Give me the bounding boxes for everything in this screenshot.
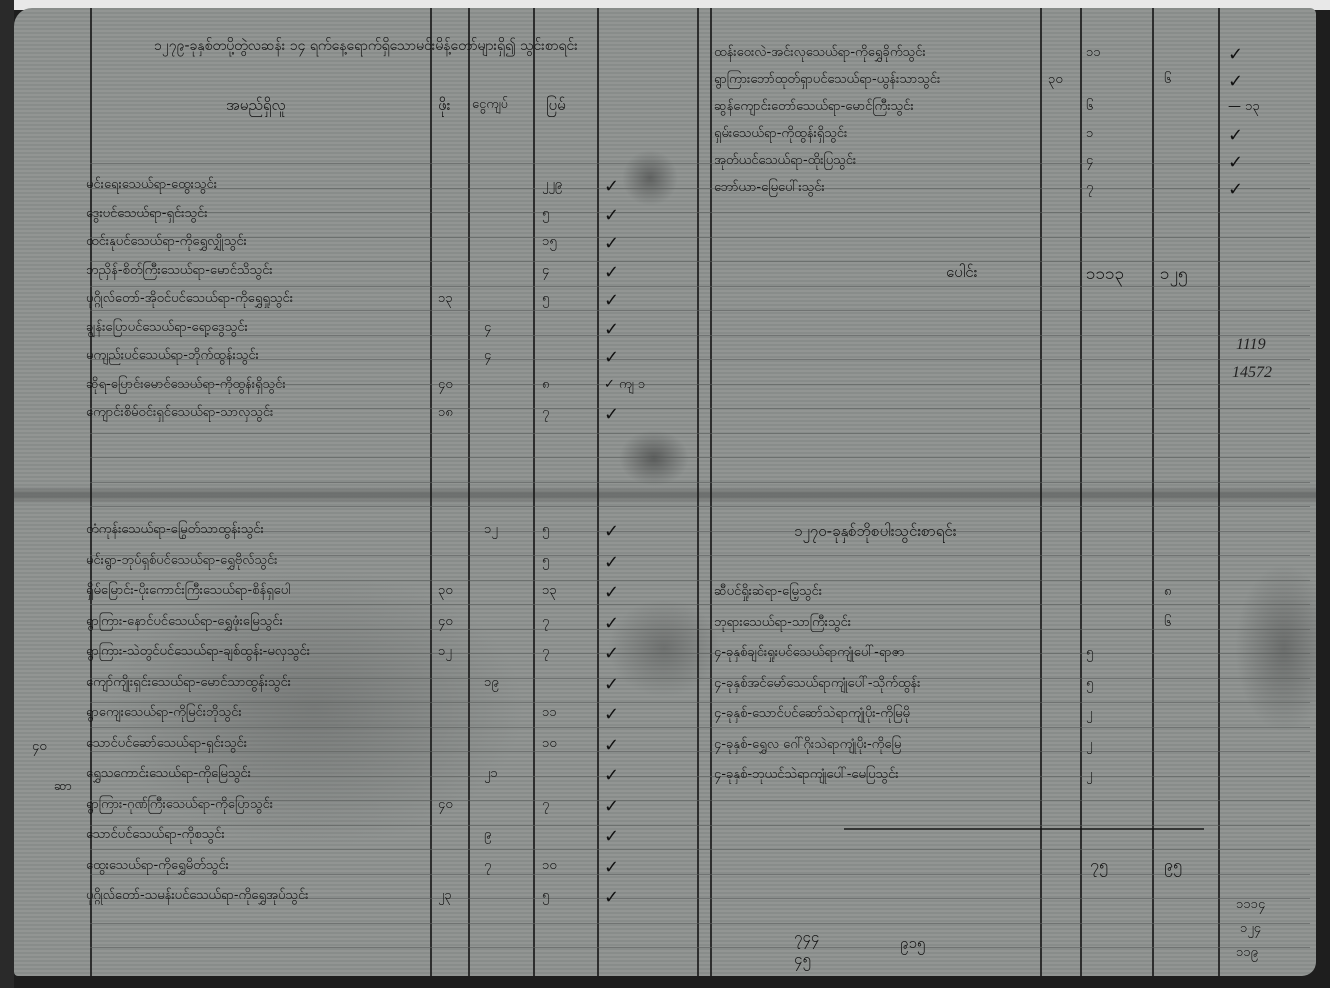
- ledger-entry-name: သောင်ပင်ဆော်သေယ်ရာ-ရှင်းသွင်း: [86, 735, 247, 754]
- ledger-entry-col3: ၅: [542, 290, 549, 309]
- ruled-line: [90, 335, 1310, 336]
- ledger-entry-name: ဘညှိန်-စိတ်ကြီးသေယ်ရာ-မောင်သိသွင်း: [86, 262, 273, 281]
- ledger-entry-name: သောင်ပင်သေယ်ရာ-ကိုစသွင်း: [86, 826, 225, 845]
- rule-center-a: [697, 8, 699, 976]
- corner-tally: ၁၁၉: [1236, 944, 1258, 963]
- ledger-entry-name: ထင်းနုပင်သေယ်ရာ-ကိုရွှေလျှိုသွင်း: [86, 233, 247, 252]
- ledger-entry-col3: ၅: [542, 521, 549, 540]
- ledger-entry-col1: ၁၂: [438, 643, 452, 662]
- ledger-entry-name: ဆွန်ကျောင်းတော်သေယ်ရာ-မောင်ကြီးသွင်း: [714, 98, 914, 117]
- ledger-entry-col3: ၁၅: [542, 233, 557, 252]
- ledger-entry-name: ဆိုရ-ပြောင်းမောင်သေယ်ရာ-ကိုထွန်းရှိသွင်း: [86, 376, 286, 395]
- column-header-2: ငွေကျပ်: [472, 96, 508, 115]
- tick-mark-icon: ✓: [604, 796, 619, 817]
- ledger-entry-col2: ၅: [1086, 644, 1093, 663]
- tick-mark-icon: ✓: [1228, 44, 1243, 65]
- ledger-entry-name: ရွာကြား-ဂုဏ်ကြီးသေယ်ရာ-ကိုပြောသွင်း: [86, 796, 273, 815]
- rule-left-col3: [533, 8, 535, 976]
- rule-right-col1: [1040, 8, 1042, 976]
- ruled-line: [90, 702, 1310, 703]
- right-total-value: ၁၂၅: [1160, 263, 1187, 288]
- column-header-name: အမည်ရှိလူ: [226, 96, 286, 118]
- ruled-line: [90, 359, 1310, 360]
- margin-number: 14572: [1232, 364, 1272, 382]
- tick-mark-icon: ✓: [604, 404, 619, 425]
- ledger-entry-col3: ၅: [542, 552, 549, 571]
- tick-mark-icon: ✓: [604, 582, 619, 603]
- ledger-entry-name: ဆီပင်ရှိုးဆဲရာ-မြေ့သွင်း: [714, 583, 822, 602]
- ledger-entry-name: ဘုရားသေယ်ရာ-သာကြီးသွင်း: [714, 614, 851, 633]
- ledger-entry-name: ဒွေးပင်သေယ်ရာ-ရှင်းသွင်း: [86, 205, 208, 224]
- ledger-entry-col3: ၂၂၉: [542, 176, 562, 195]
- corner-tally: ၁၁၁၄: [1236, 896, 1265, 915]
- ledger-entry-col2: ၁: [1086, 125, 1093, 144]
- rule-right-col4: [1218, 8, 1220, 976]
- ledger-entry-col2: ၂: [1086, 736, 1092, 755]
- left-page-title: ၁၂၇၉-ခုနှစ်တပို့တွဲလဆန်း ၁၄ ရက်နေ့ရောက်ရ…: [154, 36, 578, 57]
- ledger-entry-col2: ၄: [484, 319, 491, 338]
- rule-left-col4: [597, 8, 599, 976]
- ledger-entry-name: ရွာကျေးသေယ်ရာ-ကိုမြင်းဘိုသွင်း: [86, 704, 242, 723]
- ledger-entry-col2: ၂: [1086, 705, 1092, 724]
- ledger-entry-name: ၄-ခုနှစ်-သောင်ပင်ဆော်သဲရာကျုံပိုး-ကိုမြမ…: [714, 705, 910, 724]
- ledger-entry-col2: ၁၂: [484, 521, 498, 540]
- ledger-entry-col1: ၃၀: [1048, 71, 1063, 90]
- right-total-label: ပေါင်း: [946, 263, 977, 285]
- ruled-line: [90, 261, 1310, 262]
- tick-mark-icon: ✓: [604, 613, 619, 634]
- page-fold-crease: [14, 486, 1316, 504]
- tick-mark-icon: — ၁၃: [1228, 98, 1260, 117]
- ledger-entry-col1: ၄၀: [438, 376, 453, 395]
- ledger-entry-name: ပုဂ္ဂိုလ်တော်-အိုဝင်ပင်သေယ်ရာ-ကိုရွှေရှု…: [86, 290, 293, 309]
- ledger-entry-name: ကျော်ကျိုးရှင်းသေယ်ရာ-မောင်သာထွန်းသွင်း: [86, 674, 291, 693]
- tick-mark-icon: ✓: [604, 347, 619, 368]
- ledger-page: ၁၂၇၉-ခုနှစ်တပို့တွဲလဆန်း ၁၄ ရက်နေ့ရောက်ရ…: [14, 8, 1316, 976]
- tick-mark-icon: ✓ ကျ ၁: [604, 376, 645, 395]
- ledger-entry-col2: ၇: [1086, 179, 1093, 198]
- subtotal-value: ၇၅: [1090, 854, 1108, 878]
- ledger-entry-name: ၄-ခုနှစ်-ဘုယင်သဲရာကျုံပေါ်-မေပြသွင်း: [714, 766, 899, 785]
- column-header-1: ဖိုး: [438, 96, 450, 118]
- footer-calculation: ၉၁၅: [900, 934, 925, 956]
- ruled-line: [90, 506, 1310, 507]
- ruled-line: [90, 531, 1310, 532]
- ledger-entry-col3: ၈: [542, 376, 549, 395]
- ledger-entry-col3: ၆: [1164, 614, 1171, 633]
- tick-mark-icon: ✓: [604, 319, 619, 340]
- ledger-entry-col3: ၄: [542, 262, 549, 281]
- ledger-entry-col2: ၉: [484, 826, 491, 845]
- tick-mark-icon: ✓: [604, 887, 619, 908]
- tick-mark-icon: ✓: [604, 674, 619, 695]
- ledger-entry-name: ရှမ်းသေယ်ရာ-ကိုထွန်းရှိသွင်း: [714, 125, 847, 144]
- tick-mark-icon: ✓: [604, 176, 619, 197]
- tick-mark-icon: ✓: [604, 290, 619, 311]
- ledger-entry-name: မင်းရေးသေယ်ရာ-ထွေးသွင်း: [86, 176, 217, 195]
- ledger-entry-name: ရွာကြား-သဲတွင်ပင်သေယ်ရာ-ချစ်ထွန်း-မလှသွင…: [86, 643, 310, 662]
- ledger-entry-name: ကျောင်းစိမ်ဝင်းရှင်သေယ်ရာ-သာလှသွင်း: [86, 404, 273, 423]
- ruled-line: [90, 188, 1310, 189]
- rule-right-col3: [1152, 8, 1154, 976]
- tick-mark-icon: ✓: [604, 704, 619, 725]
- ledger-entry-name: ဘော်ယာ-မြေပေါ်းသွင်း: [714, 179, 825, 198]
- footer-calculation: ၇၄၄: [794, 928, 819, 950]
- ledger-entry-name: ၄-ခုနှစ်-ရွှေလ ဂေါ်ဂိုးသဲရာကျုံပိုး-ကိုမ…: [714, 736, 901, 755]
- ledger-entry-col3: ၅: [542, 887, 549, 906]
- ruled-line: [90, 727, 1310, 728]
- column-header-3: ပြမ်: [546, 96, 566, 118]
- tick-mark-icon: ✓: [604, 205, 619, 226]
- ledger-entry-name: အုတ်ယင်သေယ်ရာ-ထိုးပြသွင်း: [714, 152, 856, 171]
- ledger-entry-col3: ၁၁: [542, 704, 557, 723]
- ledger-entry-col3: ၇: [542, 613, 549, 632]
- ledger-entry-col1: ၃၀: [438, 582, 453, 601]
- ledger-entry-col2: ၆: [1086, 98, 1093, 117]
- ruled-line: [90, 947, 1310, 948]
- tick-mark-icon: ✓: [604, 765, 619, 786]
- ruled-line: [90, 212, 1310, 213]
- tick-mark-icon: ✓: [1228, 152, 1243, 173]
- tick-mark-icon: ✓: [1228, 125, 1243, 146]
- ruled-line: [90, 923, 1310, 924]
- ledger-entry-name: ရွာကြား-နောင်ပင်သေယ်ရာ-ရွှေဖုံးမြေသွင်း: [86, 613, 283, 632]
- tick-mark-icon: ✓: [604, 233, 619, 254]
- ledger-entry-name: ရွှေသကောင်းသေယ်ရာ-ကိုမြေသွင်း: [86, 765, 251, 784]
- ruled-line: [90, 286, 1310, 287]
- ledger-entry-col2: ၄: [1086, 152, 1093, 171]
- ledger-entry-col3: ၆: [1164, 71, 1171, 90]
- ruled-line: [90, 849, 1310, 850]
- ledger-entry-name: ရွာကြားဘော်ထုတ်ရှာပင်သေယ်ရာ-ယွန်းသာသွင်း: [714, 71, 940, 90]
- ruled-line: [90, 237, 1310, 238]
- corner-tally: ၁၂၄: [1240, 920, 1261, 939]
- ruled-line: [90, 433, 1310, 434]
- ruled-line: [90, 751, 1310, 752]
- tick-mark-icon: ✓: [604, 521, 619, 542]
- ledger-entry-col3: ၅: [542, 205, 549, 224]
- footer-calculation: ၄၅: [794, 950, 811, 972]
- ledger-entry-col3: ၇: [542, 796, 549, 815]
- subtotal-line: [844, 828, 1204, 830]
- rule-right-col2: [1080, 8, 1082, 976]
- ruled-line: [90, 163, 1310, 164]
- ledger-entry-name: ၄-ခုနှစ်အင်မော်သေယ်ရာကျုံပေါ်-သိုက်ထွန်း: [714, 675, 920, 694]
- ledger-entry-col2: ၁၉: [484, 674, 499, 693]
- ledger-entry-name: ချွန်းပြောပင်သေယ်ရာ-ရော့ဒွေသွင်း: [86, 319, 248, 338]
- tick-mark-icon: ✓: [1228, 71, 1243, 92]
- ledger-entry-name: တံကုန်းသေယ်ရာ-မြွေတ်သာထွန်းသွင်း: [86, 521, 264, 540]
- tick-mark-icon: ✓: [604, 735, 619, 756]
- ledger-entry-col1: ၄၀: [438, 796, 453, 815]
- margin-number: 1119: [1236, 336, 1266, 354]
- tick-mark-icon: ✓: [604, 857, 619, 878]
- ruled-line: [90, 874, 1310, 875]
- ledger-entry-name: ၄-ခုနှစ်ချင်းရှုးပင်သေယ်ရာကျုံပေါ်-ရာဇာ: [714, 644, 905, 663]
- ledger-entry-col1: ၁၈: [438, 404, 453, 423]
- ledger-entry-name: ရှိမ်မြောင်း-ပိုးကောင်းကြီးသေယ်ရာ-စိန်ရှ…: [86, 582, 290, 601]
- ledger-entry-col3: ၇: [542, 404, 549, 423]
- ledger-entry-name: မင်းရွာ-ဘုပ်ရှစ်ပင်သေယ်ရာ-ရွှေဗိုလ်သွင်း: [86, 552, 277, 571]
- ledger-entry-col3: ၁၀: [542, 735, 557, 754]
- ledger-entry-col2: ၂: [1086, 766, 1092, 785]
- ledger-entry-col3: ၁၃: [542, 582, 557, 601]
- ledger-entry-name: ပုဂ္ဂိုလ်တော်-သမန်းပင်သေယ်ရာ-ကိုရွှေအုပ်…: [86, 887, 308, 906]
- ruled-line: [90, 482, 1310, 483]
- photo-left-border: [0, 0, 14, 988]
- ledger-entry-col3: ၁၀: [542, 857, 557, 876]
- ledger-entry-col1: ၁၃: [438, 290, 453, 309]
- tick-mark-icon: ✓: [604, 643, 619, 664]
- tick-mark-icon: ✓: [1228, 179, 1243, 200]
- subtotal-value: ၉၅: [1164, 854, 1182, 878]
- tick-mark-icon: ✓: [604, 552, 619, 573]
- ledger-entry-col2: ၄: [484, 347, 491, 366]
- tick-mark-icon: ✓: [604, 826, 619, 847]
- left-margin-note: ၄၀: [32, 738, 47, 757]
- ruled-line: [90, 310, 1310, 311]
- ledger-entry-col2: ၂၁: [484, 765, 498, 784]
- ledger-entry-name: မကျည်းပင်သေယ်ရာ-ဘိုက်ထွန်းသွင်း: [86, 347, 259, 366]
- ledger-entry-col3: ၈: [1164, 583, 1171, 602]
- right-total-value: ၁၁၁၃: [1086, 263, 1124, 288]
- ledger-entry-col2: ၅: [1086, 675, 1093, 694]
- ledger-entry-name: ထွေးသေယ်ရာ-ကိုရွှေမိတ်သွင်း: [86, 857, 229, 876]
- ruled-line: [90, 580, 1310, 581]
- ledger-entry-col2: ၇: [484, 857, 491, 876]
- ruled-line: [90, 776, 1310, 777]
- tick-mark-icon: ✓: [604, 262, 619, 283]
- rule-center-b: [710, 8, 712, 976]
- ledger-entry-col1: ၂၃: [438, 887, 452, 906]
- ruled-line: [90, 604, 1310, 605]
- ruled-line: [90, 825, 1310, 826]
- section2-title: ၁၂၇၀-ခုနှစ်ဘိုစပါးသွင်းစာရင်း: [794, 522, 957, 544]
- ledger-entry-col3: ၇: [542, 643, 549, 662]
- ledger-entry-name: ထန်းဝေးလဲ-အင်းလုသေယ်ရာ-ကိုရွှေခိုက်သွင်း: [714, 44, 926, 63]
- ledger-entry-col1: ၄၀: [438, 613, 453, 632]
- rule-left-col2: [468, 8, 470, 976]
- rule-left-col1: [430, 8, 432, 976]
- ruled-line: [90, 457, 1310, 458]
- ledger-entry-col2: ၁၁: [1086, 44, 1101, 63]
- left-margin-note: ဆာ: [54, 778, 72, 797]
